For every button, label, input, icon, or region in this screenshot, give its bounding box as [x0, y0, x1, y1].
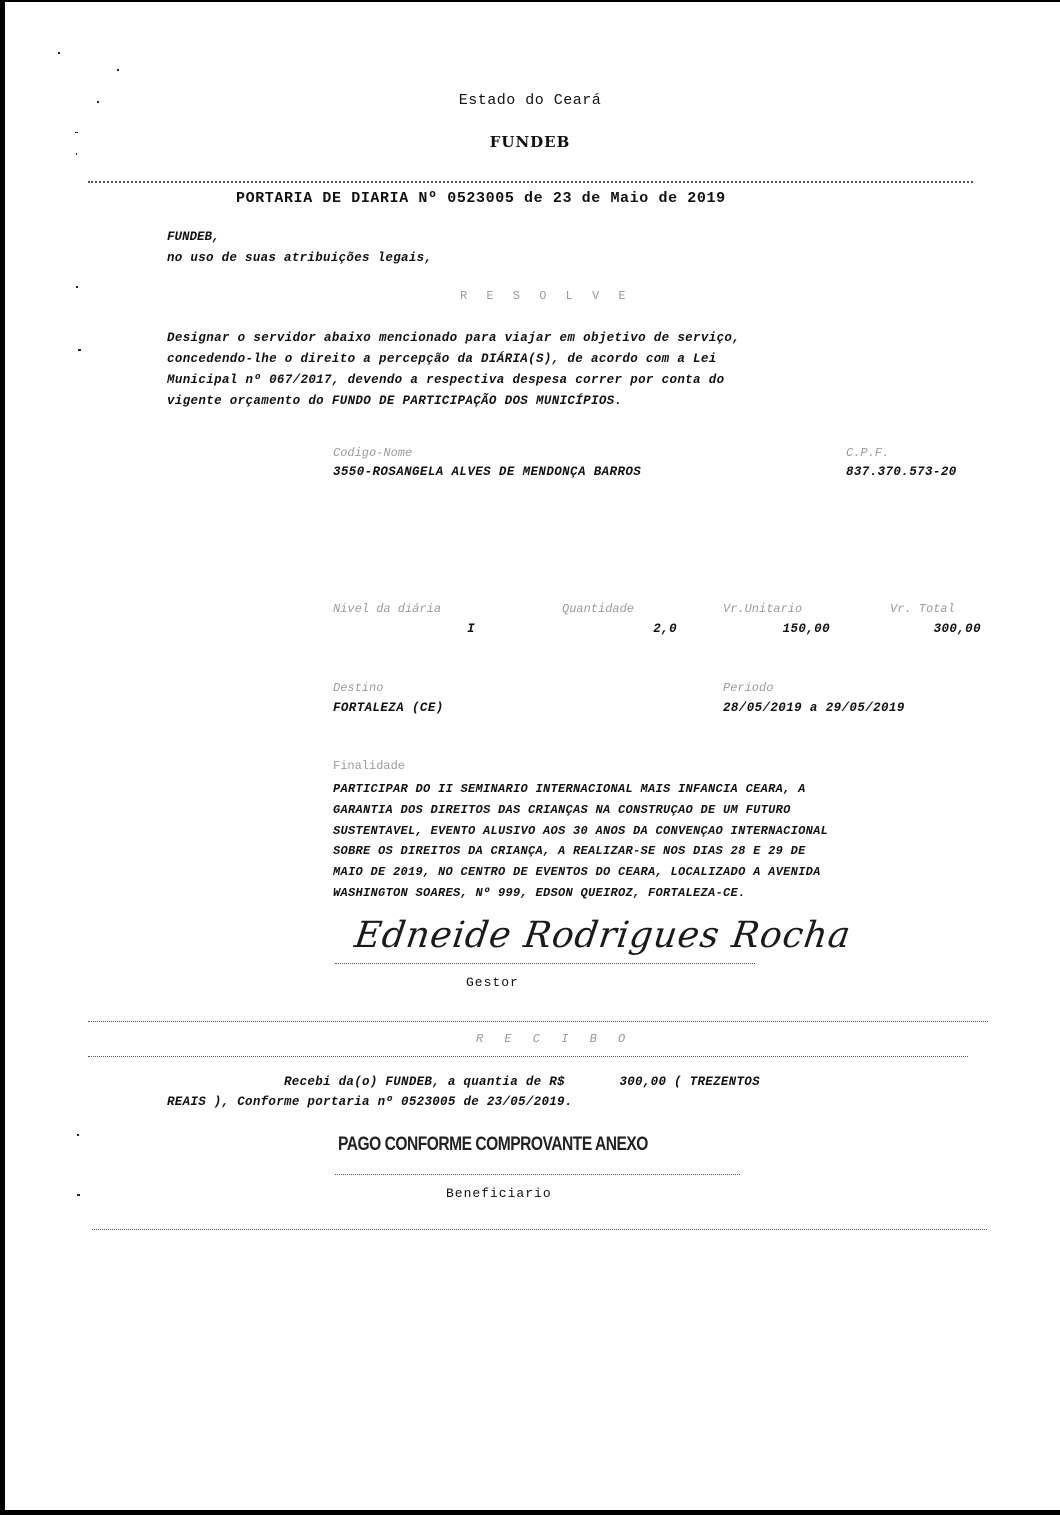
resolution-line: Designar o servidor abaixo mencionado pa…: [167, 328, 887, 349]
divider-dotted: [88, 1056, 968, 1057]
destino-label: Destino: [333, 681, 383, 695]
resolution-line: vigente orçamento do FUNDO DE PARTICIPAÇ…: [167, 391, 887, 412]
beneficiario-signature-line: [335, 1174, 740, 1175]
divider-dotted: [88, 181, 973, 183]
cpf-label: C.P.F.: [846, 446, 889, 460]
receipt-line: Recebi da(o) FUNDEB, a quantia de R$ 300…: [167, 1072, 760, 1092]
codigo-nome-value: 3550-ROSANGELA ALVES DE MENDONÇA BARROS: [333, 465, 641, 479]
finalidade-line: WASHINGTON SOARES, Nº 999, EDSON QUEIROZ…: [333, 883, 828, 904]
scan-speck: [77, 1134, 79, 1136]
beneficiario-label: Beneficiario: [446, 1186, 552, 1201]
finalidade-label: Finalidade: [333, 759, 405, 773]
scan-border-top: [0, 0, 1060, 2]
quantidade-value: 2,0: [562, 622, 677, 636]
vr-total-value: 300,00: [880, 622, 981, 636]
scan-speck: [76, 286, 78, 288]
organization-heading: FUNDEB: [0, 133, 1060, 151]
quantidade-label: Quantidade: [562, 602, 634, 616]
finalidade-line: PARTICIPAR DO II SEMINARIO INTERNACIONAL…: [333, 779, 828, 800]
nivel-label: Nivel da diária: [333, 602, 441, 616]
receipt-line: REAIS ), Conforme portaria nº 0523005 de…: [167, 1092, 760, 1112]
resolve-heading: R E S O L V E: [460, 289, 632, 303]
finalidade-line: SUSTENTAVEL, EVENTO ALUSIVO AOS 30 ANOS …: [333, 821, 828, 842]
periodo-label: Periodo: [723, 681, 773, 695]
resolution-line: Municipal nº 067/2017, devendo a respect…: [167, 370, 887, 391]
recibo-heading: R E C I B O: [476, 1032, 632, 1046]
scan-border-bottom: [0, 1510, 1060, 1515]
finalidade-line: MAIO DE 2019, NO CENTRO DE EVENTOS DO CE…: [333, 862, 828, 883]
finalidade-line: SOBRE OS DIREITOS DA CRIANÇA, A REALIZAR…: [333, 841, 828, 862]
signature-line: [335, 963, 755, 964]
scan-speck: [76, 153, 77, 155]
resolution-line: concedendo-lhe o direito a percepção da …: [167, 349, 887, 370]
scan-speck: [58, 52, 60, 54]
finalidade-text: PARTICIPAR DO II SEMINARIO INTERNACIONAL…: [333, 779, 828, 904]
payment-stamp: PAGO CONFORME COMPROVANTE ANEXO: [338, 1134, 648, 1156]
vr-total-label: Vr. Total: [890, 602, 955, 616]
vr-unitario-label: Vr.Unitario: [723, 602, 802, 616]
handwritten-signature: Edneide Rodrigues Rocha: [352, 915, 853, 956]
receipt-text: Recebi da(o) FUNDEB, a quantia de R$ 300…: [167, 1072, 760, 1112]
divider-dotted: [92, 1229, 987, 1230]
signature-role: Gestor: [466, 975, 519, 990]
scan-speck: [78, 349, 81, 351]
state-heading: Estado do Ceará: [0, 92, 1060, 109]
scan-speck: [77, 1194, 80, 1196]
portaria-title: PORTARIA DE DIARIA Nº 0523005 de 23 de M…: [236, 190, 726, 207]
scan-border-left: [0, 0, 5, 1515]
destino-value: FORTALEZA (CE): [333, 701, 444, 715]
cpf-value: 837.370.573-20: [846, 465, 957, 479]
codigo-nome-label: Codigo-Nome: [333, 446, 412, 460]
finalidade-line: GARANTIA DOS DIREITOS DAS CRIANÇAS NA CO…: [333, 800, 828, 821]
nivel-value: I: [333, 622, 475, 636]
issuer-name: FUNDEB,: [167, 230, 220, 244]
vr-unitario-value: 150,00: [723, 622, 830, 636]
resolution-paragraph: Designar o servidor abaixo mencionado pa…: [167, 328, 887, 412]
issuer-attribution: no uso de suas atribuições legais,: [167, 251, 432, 265]
periodo-value: 28/05/2019 a 29/05/2019: [723, 701, 905, 715]
divider-dotted: [88, 1021, 988, 1022]
scan-speck: [117, 69, 119, 71]
